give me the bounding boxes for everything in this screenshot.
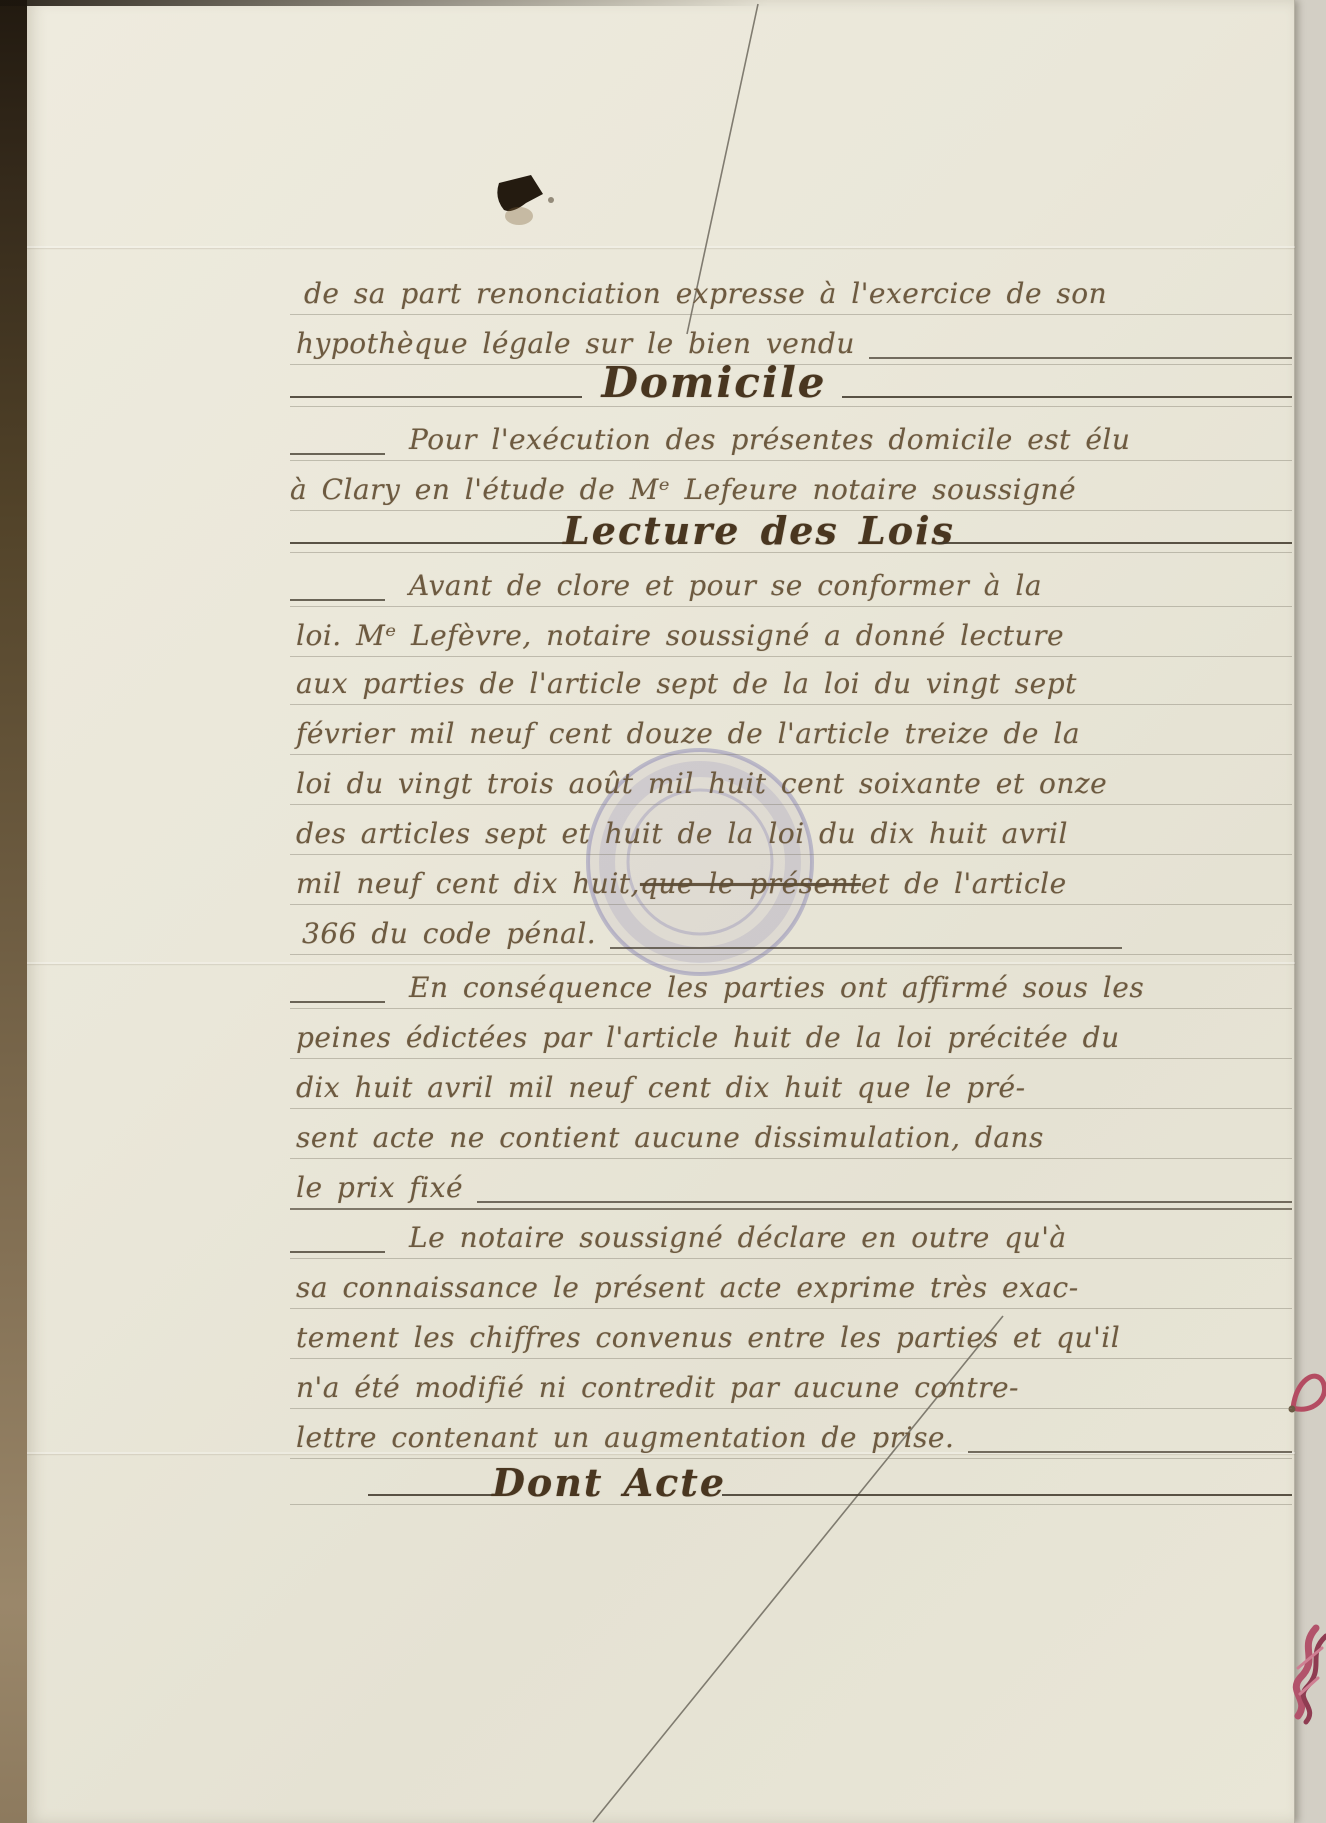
manuscript-line: Avant de clore et pour se conformer à la (290, 560, 1292, 607)
line-text: Pour l'exécution des présentes domicile … (403, 425, 1130, 460)
line-text: dix huit avril mil neuf cent dix huit qu… (290, 1073, 1026, 1108)
line-text: loi du vingt trois août mil huit cent so… (290, 769, 1107, 804)
fill-rule (290, 1241, 385, 1253)
manuscript-text-block: de sa part renonciation expresse à l'exe… (290, 0, 1292, 1823)
line-text: février mil neuf cent douze de l'article… (290, 719, 1080, 754)
manuscript-line: dix huit avril mil neuf cent dix huit qu… (290, 1062, 1292, 1109)
fill-rule (290, 542, 582, 544)
fill-rule (290, 396, 582, 398)
fill-rule (477, 1191, 1292, 1203)
manuscript-line: le prix fixé (290, 1162, 1292, 1210)
fill-rule (368, 1494, 496, 1496)
section-heading-domicile: Domicile (290, 360, 1292, 407)
page-top-shadow (0, 0, 769, 6)
heading-text: Dont Acte (486, 1464, 726, 1504)
line-text: sa connaissance le présent acte exprime … (290, 1273, 1079, 1308)
book-binding-edge (0, 0, 27, 1823)
manuscript-line: peines édictées par l'article huit de la… (290, 1012, 1292, 1059)
section-heading-lecture-des-lois: Lecture des Lois (290, 508, 1292, 553)
fill-rule (938, 542, 1292, 544)
fill-rule (610, 937, 1122, 949)
section-heading-dont-acte: Dont Acte (290, 1460, 1292, 1505)
manuscript-line: sa connaissance le présent acte exprime … (290, 1262, 1292, 1309)
line-text: et de l'article (861, 869, 1067, 904)
heading-text: Domicile (595, 362, 826, 406)
line-text: Avant de clore et pour se conformer à la (403, 571, 1042, 606)
manuscript-line: loi du vingt trois août mil huit cent so… (290, 758, 1292, 805)
manuscript-line: des articles sept et huit de la loi du d… (290, 808, 1292, 855)
line-text: 366 du code pénal. (290, 919, 596, 954)
line-text: loi. Mᵉ Lefèvre, notaire soussigné a don… (290, 621, 1064, 656)
manuscript-line-with-strikethrough: mil neuf cent dix huit, que le présent e… (290, 858, 1292, 905)
manuscript-line: lettre contenant un augmentation de pris… (290, 1412, 1292, 1459)
line-text: Le notaire soussigné déclare en outre qu… (403, 1223, 1067, 1258)
fill-rule (290, 589, 385, 601)
manuscript-line: sent acte ne contient aucune dissimulati… (290, 1112, 1292, 1159)
manuscript-line: de sa part renonciation expresse à l'exe… (290, 268, 1292, 315)
line-text: n'a été modifié ni contredit par aucune … (290, 1373, 1019, 1408)
manuscript-line: février mil neuf cent douze de l'article… (290, 708, 1292, 755)
scanned-document-page: de sa part renonciation expresse à l'exe… (0, 0, 1326, 1823)
manuscript-line: loi. Mᵉ Lefèvre, notaire soussigné a don… (290, 610, 1292, 657)
line-text: En conséquence les parties ont affirmé s… (403, 973, 1144, 1008)
fill-rule (290, 443, 385, 455)
line-text: peines édictées par l'article huit de la… (290, 1023, 1120, 1058)
manuscript-line: tement les chiffres convenus entre les p… (290, 1312, 1292, 1359)
fill-rule (290, 991, 385, 1003)
line-text: mil neuf cent dix huit, (290, 869, 640, 904)
line-text: de sa part renonciation expresse à l'exe… (290, 279, 1107, 314)
binding-thread-braid (1296, 1628, 1326, 1722)
manuscript-line: à Clary en l'étude de Mᵉ Lefeure notaire… (290, 464, 1292, 511)
struck-phrase: que le présent (640, 869, 861, 904)
manuscript-line: aux parties de l'article sept de la loi … (290, 658, 1292, 705)
fill-rule (842, 396, 1292, 398)
heading-text: Lecture des Lois (557, 512, 955, 552)
manuscript-line: Le notaire soussigné déclare en outre qu… (290, 1212, 1292, 1259)
fill-rule (968, 1441, 1292, 1453)
line-text: aux parties de l'article sept de la loi … (290, 669, 1077, 704)
line-text: à Clary en l'étude de Mᵉ Lefeure notaire… (290, 475, 1076, 510)
fill-rule (869, 347, 1292, 359)
line-text: sent acte ne contient aucune dissimulati… (290, 1123, 1044, 1158)
line-text: lettre contenant un augmentation de pris… (290, 1423, 954, 1458)
manuscript-line: En conséquence les parties ont affirmé s… (290, 962, 1292, 1009)
manuscript-line: n'a été modifié ni contredit par aucune … (290, 1362, 1292, 1409)
line-text: le prix fixé (290, 1173, 463, 1208)
line-text: des articles sept et huit de la loi du d… (290, 819, 1068, 854)
manuscript-line: 366 du code pénal. (290, 908, 1292, 955)
manuscript-line: Pour l'exécution des présentes domicile … (290, 414, 1292, 461)
fill-rule (722, 1494, 1292, 1496)
line-text: tement les chiffres convenus entre les p… (290, 1323, 1120, 1358)
